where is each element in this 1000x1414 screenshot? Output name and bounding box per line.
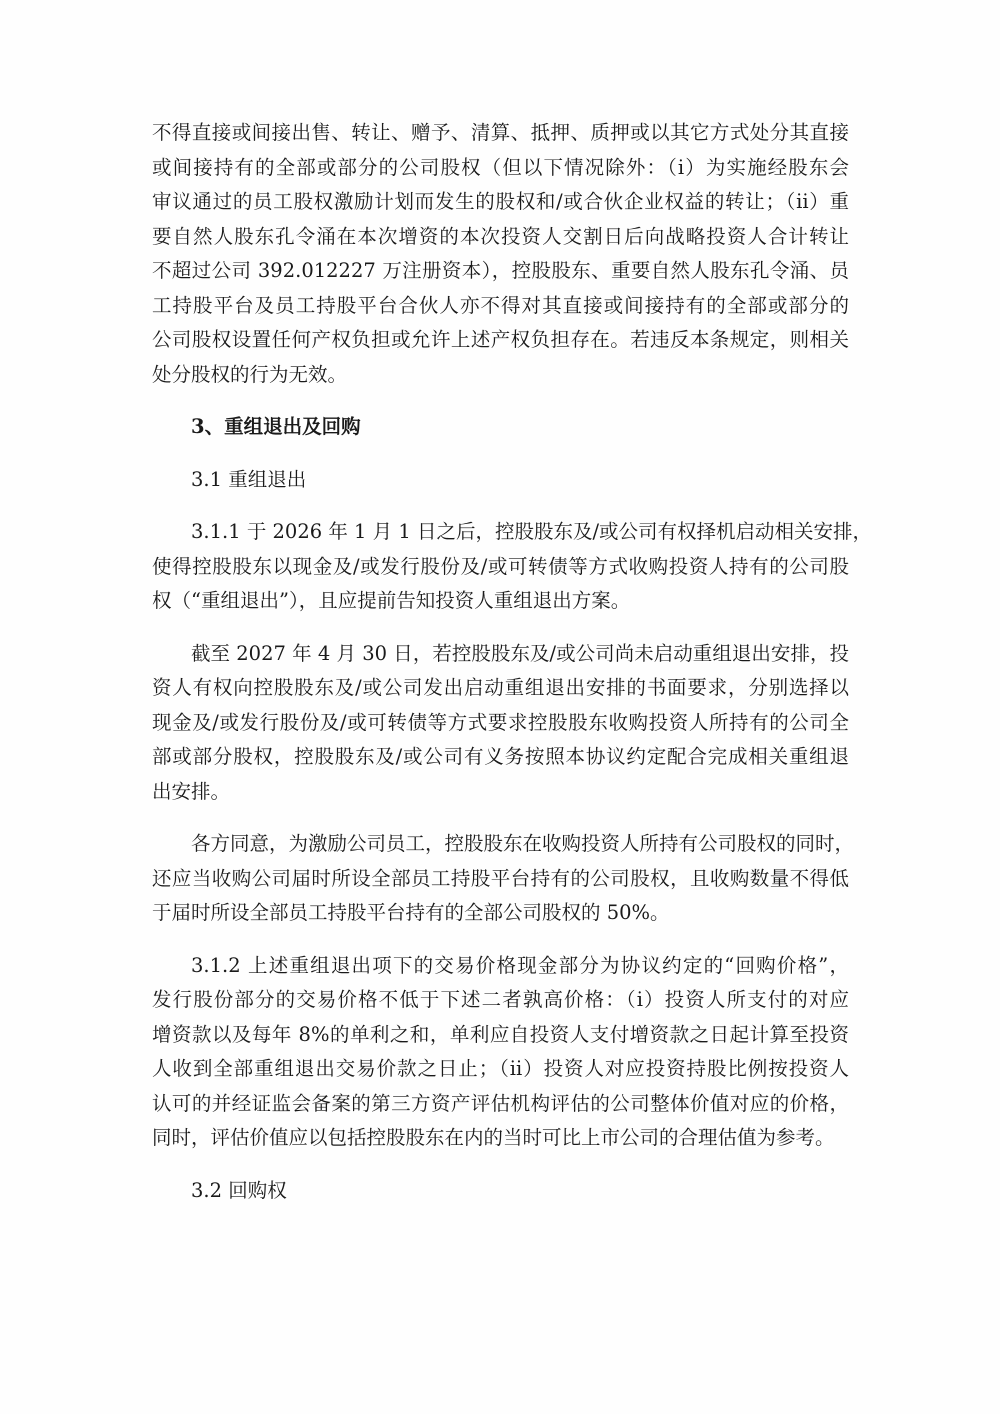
paragraph-deadline: 截至 2027 年 4 月 30 日，若控股股东及/或公司尚未启动重组退出安排，… [152, 637, 849, 810]
text-line: 使得控股股东以现金及/或发行股份及/或可转债等方式收购投资人持有的公司股 [152, 550, 849, 585]
text-line: 要自然人股东孔令涌在本次增资的本次投资人交割日后向战略投资人合计转让 [152, 220, 849, 255]
text-line: 处分股权的行为无效。 [152, 358, 849, 393]
text-line: 同时，评估价值应以包括控股股东在内的当时可比上市公司的合理估值为参考。 [152, 1121, 849, 1156]
text-line: 资人有权向控股股东及/或公司发出启动重组退出安排的书面要求，分别选择以 [152, 671, 849, 706]
text-line: 于届时所设全部员工持股平台持有的全部公司股权的 50%。 [152, 896, 849, 931]
clause-3-1-1: 3.1.1 于 2026 年 1 月 1 日之后，控股股东及/或公司有权择机启动… [152, 515, 849, 619]
section-heading-3: 3、重组退出及回购 [152, 410, 849, 445]
text-line: 工持股平台及员工持股平台合伙人亦不得对其直接或间接持有的全部或部分的 [152, 289, 849, 324]
paragraph-employee-incentive: 各方同意，为激励公司员工，控股股东在收购投资人所持有公司股权的同时， 还应当收购… [152, 827, 849, 931]
text-line: 部或部分股权，控股股东及/或公司有义务按照本协议约定配合完成相关重组退 [152, 740, 849, 775]
subsection-heading-3-1: 3.1 重组退出 [152, 463, 849, 498]
text-line: 还应当收购公司届时所设全部员工持股平台持有的公司股权，且收购数量不得低 [152, 862, 849, 897]
text-line: 现金及/或发行股份及/或可转债等方式要求控股股东收购投资人所持有的公司全 [152, 706, 849, 741]
text-line: 认可的并经证监会备案的第三方资产评估机构评估的公司整体价值对应的价格， [152, 1087, 849, 1122]
document-body: 不得直接或间接出售、转让、赠予、清算、抵押、质押或以其它方式处分其直接 或间接持… [152, 116, 849, 1226]
text-line: 人收到全部重组退出交易价款之日止；（ii）投资人对应投资持股比例按投资人 [152, 1052, 849, 1087]
text-line: 增资款以及每年 8%的单利之和，单利应自投资人支付增资款之日起计算至投资 [152, 1018, 849, 1053]
text-line: 权（“重组退出”），且应提前告知投资人重组退出方案。 [152, 584, 849, 619]
text-line: 或间接持有的全部或部分的公司股权（但以下情况除外：（i）为实施经股东会 [152, 151, 849, 186]
text-line: 3.1.1 于 2026 年 1 月 1 日之后，控股股东及/或公司有权择机启动… [152, 515, 849, 550]
text-line: 3.1.2 上述重组退出项下的交易价格现金部分为协议约定的“回购价格”， [152, 949, 849, 984]
subsection-heading-3-2: 3.2 回购权 [152, 1174, 849, 1209]
document-page: 不得直接或间接出售、转让、赠予、清算、抵押、质押或以其它方式处分其直接 或间接持… [0, 0, 1000, 1414]
text-line: 公司股权设置任何产权负担或允许上述产权负担存在。若违反本条规定，则相关 [152, 323, 849, 358]
text-line: 不得直接或间接出售、转让、赠予、清算、抵押、质押或以其它方式处分其直接 [152, 116, 849, 151]
text-line: 截至 2027 年 4 月 30 日，若控股股东及/或公司尚未启动重组退出安排，… [152, 637, 849, 672]
text-line: 出安排。 [152, 775, 849, 810]
text-line: 不超过公司 392.012227 万注册资本），控股股东、重要自然人股东孔令涌、… [152, 254, 849, 289]
text-line: 发行股份部分的交易价格不低于下述二者孰高价格：（i）投资人所支付的对应 [152, 983, 849, 1018]
clause-3-1-2: 3.1.2 上述重组退出项下的交易价格现金部分为协议约定的“回购价格”， 发行股… [152, 949, 849, 1156]
text-line: 各方同意，为激励公司员工，控股股东在收购投资人所持有公司股权的同时， [152, 827, 849, 862]
paragraph-transfer-restrictions: 不得直接或间接出售、转让、赠予、清算、抵押、质押或以其它方式处分其直接 或间接持… [152, 116, 849, 392]
text-line: 审议通过的员工股权激励计划而发生的股权和/或合伙企业权益的转让；（ii）重 [152, 185, 849, 220]
